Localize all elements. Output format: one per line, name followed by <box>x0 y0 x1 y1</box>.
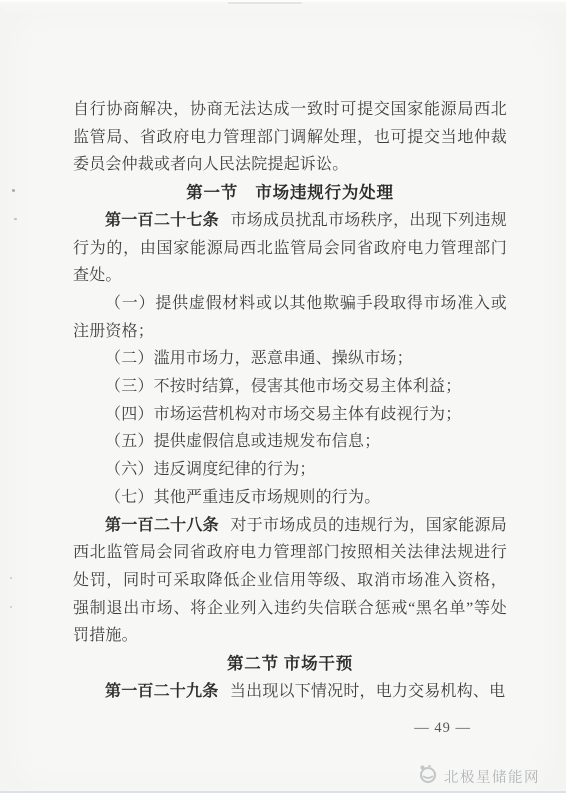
list-item-4: （四）市场运营机构对市场交易主体有歧视行为； <box>73 401 507 429</box>
list-item-6: （六）违反调度纪律的行为； <box>73 456 507 484</box>
page-number: — 49 — <box>414 720 471 737</box>
list-item-1: （一）提供虚假材料或以其他欺骗手段取得市场准入或注册资格； <box>73 290 507 345</box>
scan-speck <box>10 577 12 579</box>
list-item-2: （二）滥用市场力，恶意串通、操纵市场； <box>73 345 507 373</box>
article-129-number: 第一百二十九条 <box>105 683 218 700</box>
article-128-text: 对于市场成员的违规行为，国家能源局西北监管局会同省政府电力管理部门按照相关法律法… <box>73 517 507 645</box>
scan-speck <box>10 606 12 608</box>
beijixing-logo-icon <box>417 764 439 788</box>
scan-speck <box>14 218 17 220</box>
article-128: 第一百二十八条对于市场成员的违规行为，国家能源局西北监管局会同省政府电力管理部门… <box>73 512 507 651</box>
article-129-text: 当出现以下情况时，电力交易机构、电 <box>230 683 505 700</box>
scanned-page: 自行协商解决，协商无法达成一致时可提交国家能源局西北监管局、省政府电力管理部门调… <box>0 0 566 800</box>
article-127: 第一百二十七条市场成员扰乱市场秩序，出现下列违规行为的，由国家能源局西北监管局会… <box>73 207 507 290</box>
section-2-heading: 第二节 市场干预 <box>73 650 507 678</box>
scan-speck <box>12 189 15 192</box>
section-1-heading: 第一节 市场违规行为处理 <box>73 179 507 207</box>
list-item-5: （五）提供虚假信息或违规发布信息； <box>73 428 507 456</box>
document-body: 自行协商解决，协商无法达成一致时可提交国家能源局西北监管局、省政府电力管理部门调… <box>73 96 507 705</box>
scan-artifact <box>228 2 302 4</box>
article-129: 第一百二十九条当出现以下情况时，电力交易机构、电 <box>73 678 507 706</box>
watermark-text: 北极星储能网 <box>444 766 540 787</box>
article-128-number: 第一百二十八条 <box>105 517 219 534</box>
watermark: 北极星储能网 <box>417 764 540 788</box>
list-item-3: （三）不按时结算，侵害其他市场交易主体利益； <box>73 373 507 401</box>
article-127-number: 第一百二十七条 <box>105 212 219 229</box>
scan-edge-bottom <box>0 793 566 800</box>
list-item-7: （七）其他严重违反市场规则的行为。 <box>73 484 507 512</box>
paragraph-continuation: 自行协商解决，协商无法达成一致时可提交国家能源局西北监管局、省政府电力管理部门调… <box>73 96 507 179</box>
